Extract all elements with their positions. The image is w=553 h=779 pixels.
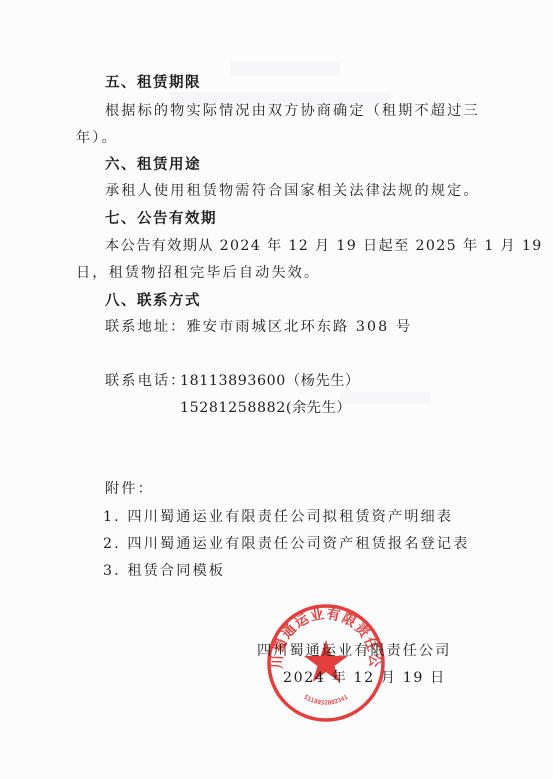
signature-company: 四川蜀通运业有限责任公司	[257, 640, 451, 660]
svg-text:5118032002341: 5118032002341	[303, 693, 350, 706]
section-heading-lease-term: 五、租赁期限	[105, 71, 201, 92]
section-heading-lease-use: 六、租赁用途	[105, 153, 201, 174]
contact-address: 联系地址：雅安市雨城区北环东路 308 号	[105, 316, 412, 336]
contact-phone-2: 15281258882(余先生）	[180, 397, 351, 417]
section-body: 本公告有效期从 2024 年 12 月 19 日起至 2025 年 1 月 19	[105, 235, 543, 255]
attachment-item: 3. 租赁合同模板	[103, 560, 225, 580]
signature-date: 2024 年 12 月 19 日	[283, 667, 446, 687]
section-body: 年）。	[76, 127, 118, 147]
document-page: 五、租赁期限 根据标的物实际情况由双方协商确定（租期不超过三 年）。 六、租赁用…	[0, 0, 553, 779]
attachment-item: 1. 四川蜀通运业有限责任公司拟租赁资产明细表	[103, 506, 453, 526]
attachments-label: 附件：	[105, 478, 154, 498]
bleed-through	[230, 62, 340, 76]
section-body: 日，租赁物招租完毕后自动失效。	[76, 262, 320, 282]
contact-phone-label: 联系电话：	[105, 370, 186, 390]
attachment-item: 2. 四川蜀通运业有限责任公司资产租赁报名登记表	[103, 533, 469, 553]
company-seal-icon: 四川蜀通运业有限责任公司 5118032002341	[265, 602, 387, 724]
contact-phone-1: 18113893600（杨先生）	[180, 370, 360, 390]
bleed-through	[340, 392, 430, 404]
section-body: 承租人使用租赁物需符合国家相关法律法规的规定。	[105, 180, 480, 200]
section-heading-contact: 八、联系方式	[105, 289, 201, 310]
section-heading-validity: 七、公告有效期	[105, 207, 217, 228]
section-body: 根据标的物实际情况由双方协商确定（租期不超过三	[105, 100, 480, 120]
